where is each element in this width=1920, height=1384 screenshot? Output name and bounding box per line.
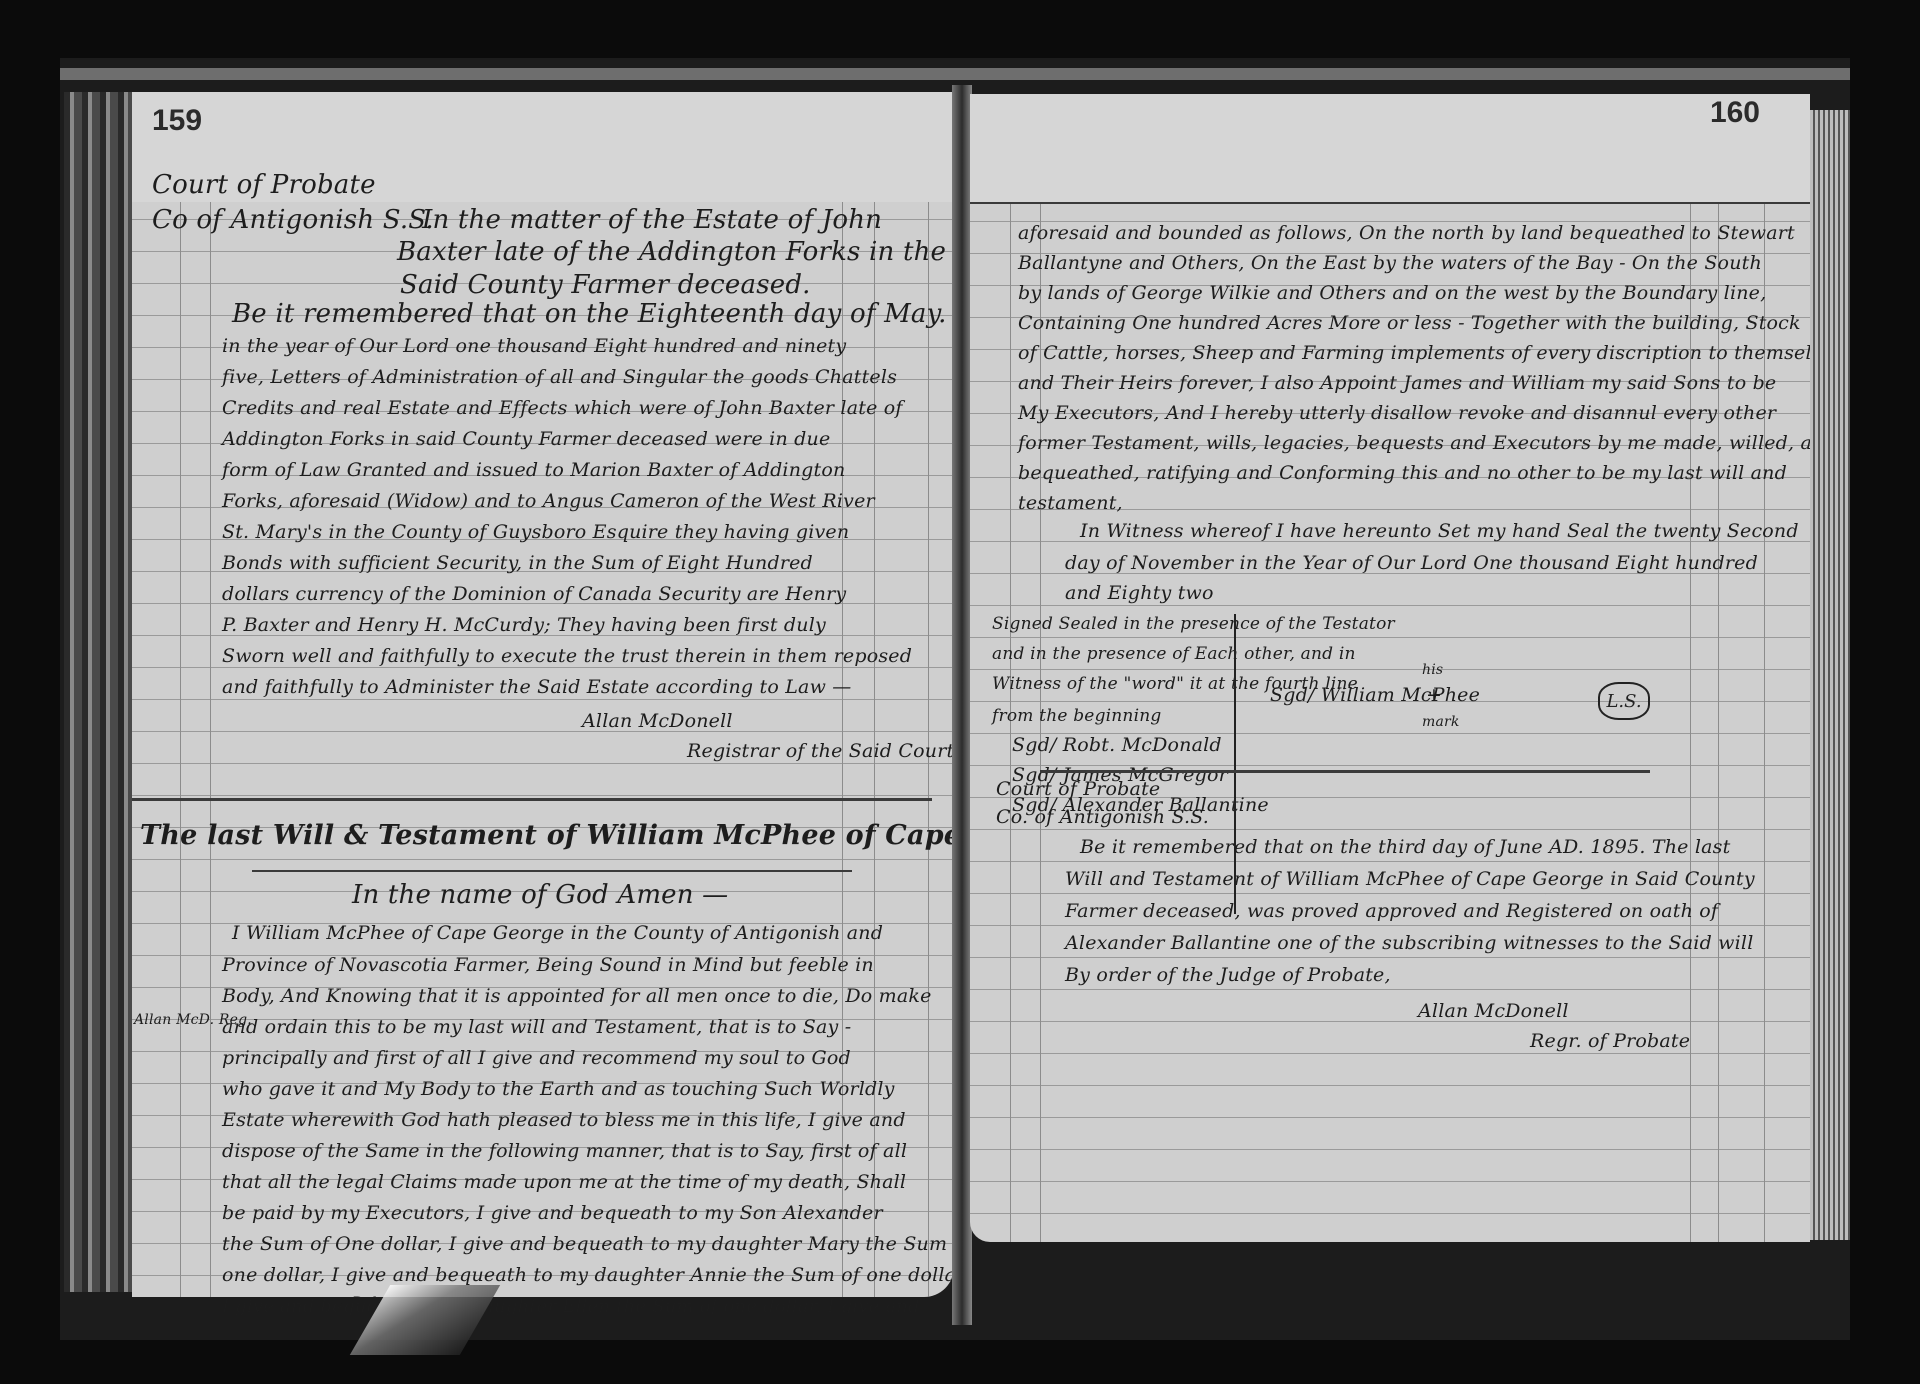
- testator-signature: Sgd/ William McPhee: [1270, 684, 1480, 706]
- admin-text-line: dollars currency of the Dominion of Cana…: [222, 583, 846, 605]
- admin-text-line: Be it remembered that on the Eighteenth …: [232, 299, 947, 329]
- will-continuation-line: Ballantyne and Others, On the East by th…: [1018, 252, 1762, 274]
- mark-below: mark: [1422, 714, 1460, 730]
- court-heading: Court of Probate: [152, 170, 376, 200]
- attestation-line: from the beginning: [992, 706, 1161, 726]
- will-text-line: and ordain this to be my last will and T…: [222, 1016, 851, 1038]
- will-text-line: the Sum of One dollar, I give and bequea…: [222, 1233, 954, 1255]
- probate-text-line: By order of the Judge of Probate,: [1065, 964, 1391, 986]
- probate-county-heading: Co. of Antigonish S.S.: [996, 806, 1209, 828]
- will-text-line: I give and bequeath to my daughter Ellen…: [222, 1296, 920, 1317]
- will-text-line: Estate wherewith God hath pleased to ble…: [222, 1109, 906, 1131]
- estate-matter-line: Said County Farmer deceased.: [400, 270, 811, 300]
- will-continuation-line: My Executors, And I hereby utterly disal…: [1018, 402, 1776, 424]
- header-rule: [970, 202, 1810, 204]
- probate-text-line: Be it remembered that on the third day o…: [1080, 836, 1730, 858]
- probate-text-line: Alexander Ballantine one of the subscrib…: [1065, 932, 1753, 954]
- admin-text-line: Sworn well and faithfully to execute the…: [222, 645, 912, 667]
- admin-text-line: Forks, aforesaid (Widow) and to Angus Ca…: [222, 490, 875, 512]
- page-left: 159 Court of Probate Co of Antigonish S.…: [132, 92, 954, 1297]
- probate-text-line: Will and Testament of William McPhee of …: [1065, 868, 1755, 890]
- title-underline: [252, 870, 852, 872]
- probate-signature: Allan McDonell: [1418, 1000, 1569, 1022]
- will-continuation-line: and Their Heirs forever, I also Appoint …: [1018, 372, 1776, 394]
- witness-clause-line: and Eighty two: [1065, 582, 1214, 604]
- probate-court-heading: Court of Probate: [996, 778, 1160, 800]
- will-text-line: Province of Novascotia Farmer, Being Sou…: [222, 954, 874, 976]
- page-number: 159: [152, 104, 202, 138]
- will-text-line: principally and first of all I give and …: [222, 1047, 851, 1069]
- mark-symbol: +: [1426, 684, 1442, 706]
- estate-matter-line: In the matter of the Estate of John: [422, 205, 882, 235]
- will-title: The last Will & Testament of William McP…: [140, 820, 954, 851]
- admin-text-line: form of Law Granted and issued to Marion…: [222, 459, 845, 481]
- mark-above: his: [1422, 662, 1443, 678]
- will-continuation-line: of Cattle, horses, Sheep and Farming imp…: [1018, 342, 1810, 364]
- estate-matter-line: Baxter late of the Addington Forks in th…: [397, 237, 946, 267]
- will-invocation: In the name of God Amen —: [352, 880, 728, 910]
- book-top-edge: [60, 68, 1850, 80]
- will-text-line: dispose of the Same in the following man…: [222, 1140, 907, 1162]
- admin-text-line: P. Baxter and Henry H. McCurdy; They hav…: [222, 614, 826, 636]
- witness-clause-line: day of November in the Year of Our Lord …: [1065, 552, 1758, 574]
- page-right: 160 aforesaid and bounded as follows, On…: [970, 94, 1810, 1242]
- seal-label: L.S.: [1606, 691, 1641, 712]
- page-header-band: [970, 94, 1810, 204]
- probate-text-line: Farmer deceased, was proved approved and…: [1065, 900, 1718, 922]
- attestation-line: Signed Sealed in the presence of the Tes…: [992, 614, 1395, 634]
- will-text-line: one dollar, I give and bequeath to my da…: [222, 1264, 954, 1286]
- seal-icon: L.S.: [1598, 682, 1650, 720]
- margin-line: [210, 202, 211, 1297]
- witness-signature: Sgd/ Robt. McDonald: [1012, 734, 1222, 756]
- will-text-line: Body, And Knowing that it is appointed f…: [222, 985, 932, 1007]
- attestation-line: and in the presence of Each other, and i…: [992, 644, 1356, 664]
- witness-clause-line: In Witness whereof I have hereunto Set m…: [1080, 520, 1799, 542]
- admin-text-line: five, Letters of Administration of all a…: [222, 366, 897, 388]
- margin-line: [180, 202, 181, 1297]
- will-continuation-line: former Testament, wills, legacies, beque…: [1018, 432, 1810, 454]
- will-text-line: be paid by my Executors, I give and bequ…: [222, 1202, 883, 1224]
- will-text-line: that all the legal Claims made upon me a…: [222, 1171, 906, 1193]
- will-continuation-line: bequeathed, ratifying and Conforming thi…: [1018, 462, 1787, 484]
- admin-text-line: Bonds with sufficient Security, in the S…: [222, 552, 813, 574]
- page-number: 160: [1710, 96, 1760, 130]
- will-continuation-line: Containing One hundred Acres More or les…: [1018, 312, 1801, 334]
- will-text-line: who gave it and My Body to the Earth and…: [222, 1078, 895, 1100]
- book-gutter: [952, 85, 972, 1325]
- admin-text-line: Addington Forks in said County Farmer de…: [222, 428, 830, 450]
- admin-text-line: and faithfully to Administer the Said Es…: [222, 676, 851, 698]
- registrar-title: Registrar of the Said Court: [687, 740, 954, 762]
- admin-text-line: Credits and real Estate and Effects whic…: [222, 397, 903, 419]
- county-heading: Co of Antigonish S.S.: [152, 205, 434, 235]
- section-divider: [1040, 770, 1650, 773]
- book-right-edge: [1810, 110, 1850, 1240]
- probate-signature-title: Regr. of Probate: [1530, 1030, 1690, 1052]
- admin-text-line: in the year of Our Lord one thousand Eig…: [222, 335, 846, 357]
- registrar-signature: Allan McDonell: [582, 710, 733, 732]
- will-continuation-line: aforesaid and bounded as follows, On the…: [1018, 222, 1795, 244]
- will-continuation-line: by lands of George Wilkie and Others and…: [1018, 282, 1766, 304]
- admin-text-line: St. Mary's in the County of Guysboro Esq…: [222, 521, 849, 543]
- book-left-edge: [64, 92, 132, 1292]
- will-continuation-line: testament,: [1018, 492, 1123, 514]
- section-divider: [132, 798, 932, 801]
- will-text-line: I William McPhee of Cape George in the C…: [232, 922, 883, 944]
